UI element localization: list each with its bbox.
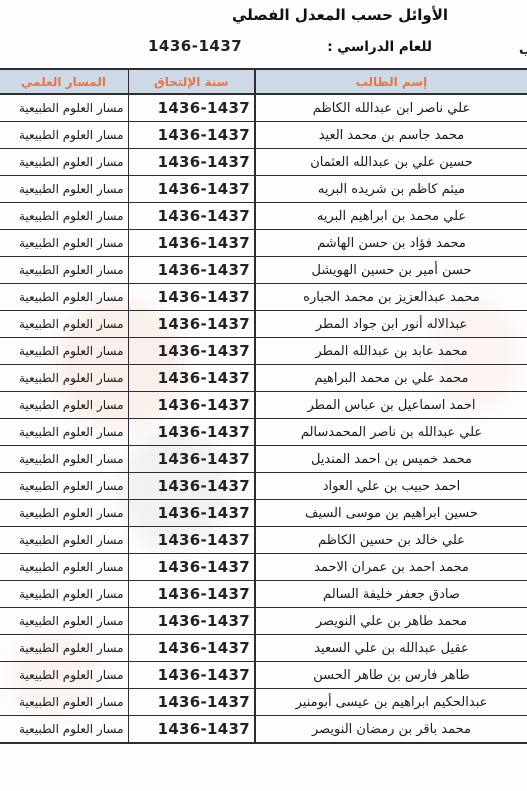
table-row: محمد احمد بن عمران الاحمد 1436-1437 مسار… [0, 554, 527, 581]
student-name-cell: علي عبدالله بن ناصر المحمدسالم [255, 419, 527, 446]
enrollment-year-cell: 1436-1437 [128, 311, 255, 338]
table-row: علي خالد بن حسين الكاظم 1436-1437 مسار ا… [0, 527, 527, 554]
track-cell: مسار العلوم الطبيعية [0, 257, 128, 284]
table-row: محمد خميس بن احمد المنديل 1436-1437 مسار… [0, 446, 527, 473]
enrollment-year-cell: 1436-1437 [128, 635, 255, 662]
track-cell: مسار العلوم الطبيعية [0, 473, 128, 500]
table-header-row: إسم الطالب سنة الإلتحاق المسار العلمي [0, 69, 527, 94]
student-name-cell: علي خالد بن حسين الكاظم [255, 527, 527, 554]
student-name-cell: طاهر فارس بن طاهر الحسن [255, 662, 527, 689]
track-cell: مسار العلوم الطبيعية [0, 662, 128, 689]
track-cell: مسار العلوم الطبيعية [0, 338, 128, 365]
track-cell: مسار العلوم الطبيعية [0, 689, 128, 716]
track-cell: مسار العلوم الطبيعية [0, 554, 128, 581]
enrollment-year-cell: 1436-1437 [128, 581, 255, 608]
track-cell: مسار العلوم الطبيعية [0, 230, 128, 257]
table-row: علي عبدالله بن ناصر المحمدسالم 1436-1437… [0, 419, 527, 446]
track-cell: مسار العلوم الطبيعية [0, 94, 128, 122]
enrollment-year-cell: 1436-1437 [128, 122, 255, 149]
enrollment-year-cell: 1436-1437 [128, 527, 255, 554]
enrollment-year-cell: 1436-1437 [128, 392, 255, 419]
track-cell: مسار العلوم الطبيعية [0, 419, 128, 446]
student-name-cell: محمد عابد بن عبدالله المطر [255, 338, 527, 365]
track-cell: مسار العلوم الطبيعية [0, 581, 128, 608]
table-row: طاهر فارس بن طاهر الحسن 1436-1437 مسار ا… [0, 662, 527, 689]
track-cell: مسار العلوم الطبيعية [0, 392, 128, 419]
report-page: الأوائل حسب المعدل الفصلي للعام الدراسي … [0, 0, 527, 791]
students-table: إسم الطالب سنة الإلتحاق المسار العلمي عل… [0, 68, 527, 744]
student-name-cell: محمد احمد بن عمران الاحمد [255, 554, 527, 581]
enrollment-year-cell: 1436-1437 [128, 230, 255, 257]
track-cell: مسار العلوم الطبيعية [0, 446, 128, 473]
column-header-student-name: إسم الطالب [255, 69, 527, 94]
track-cell: مسار العلوم الطبيعية [0, 500, 128, 527]
table-row: محمد باقر بن رمضان النويصر 1436-1437 مسا… [0, 716, 527, 744]
table-row: حسين ابراهيم بن موسى السيف 1436-1437 مسا… [0, 500, 527, 527]
academic-year-value: 1436-1437 [148, 37, 242, 55]
student-name-cell: محمد خميس بن احمد المنديل [255, 446, 527, 473]
enrollment-year-cell: 1436-1437 [128, 203, 255, 230]
track-cell: مسار العلوم الطبيعية [0, 527, 128, 554]
enrollment-year-cell: 1436-1437 [128, 419, 255, 446]
track-cell: مسار العلوم الطبيعية [0, 635, 128, 662]
track-cell: مسار العلوم الطبيعية [0, 203, 128, 230]
track-cell: مسار العلوم الطبيعية [0, 122, 128, 149]
table-row: محمد فؤاد بن حسن الهاشم 1436-1437 مسار ا… [0, 230, 527, 257]
column-header-enrollment-year: سنة الإلتحاق [128, 69, 255, 94]
students-table-body: علي ناصر ابن عبدالله الكاظم 1436-1437 مس… [0, 94, 527, 743]
enrollment-year-cell: 1436-1437 [128, 94, 255, 122]
academic-year-line: للعام الدراسي : 1436-1437 [148, 37, 432, 55]
enrollment-year-cell: 1436-1437 [128, 500, 255, 527]
table-row: محمد علي بن محمد البراهيم 1436-1437 مسار… [0, 365, 527, 392]
track-cell: مسار العلوم الطبيعية [0, 608, 128, 635]
table-row: احمد اسماعيل بن عباس المطر 1436-1437 مسا… [0, 392, 527, 419]
track-cell: مسار العلوم الطبيعية [0, 149, 128, 176]
table-row: عقيل عبدالله بن علي السعيد 1436-1437 مسا… [0, 635, 527, 662]
table-row: حسين علي بن عبدالله العثمان 1436-1437 مس… [0, 149, 527, 176]
student-name-cell: علي محمد بن ابراهيم البريه [255, 203, 527, 230]
student-name-cell: حسين ابراهيم بن موسى السيف [255, 500, 527, 527]
student-name-cell: صادق جعفر خليفة السالم [255, 581, 527, 608]
student-name-cell: عقيل عبدالله بن علي السعيد [255, 635, 527, 662]
enrollment-year-cell: 1436-1437 [128, 446, 255, 473]
table-row: عبدالاله أنور ابن جواد المطر 1436-1437 م… [0, 311, 527, 338]
table-row: ميثم كاظم بن شريده البريه 1436-1437 مسار… [0, 176, 527, 203]
column-header-science-track: المسار العلمي [0, 69, 128, 94]
table-row: علي محمد بن ابراهيم البريه 1436-1437 مسا… [0, 203, 527, 230]
table-row: علي ناصر ابن عبدالله الكاظم 1436-1437 مس… [0, 94, 527, 122]
student-name-cell: محمد باقر بن رمضان النويصر [255, 716, 527, 744]
enrollment-year-cell: 1436-1437 [128, 338, 255, 365]
table-row: احمد حبيب بن علي العواد 1436-1437 مسار ا… [0, 473, 527, 500]
track-cell: مسار العلوم الطبيعية [0, 311, 128, 338]
enrollment-year-cell: 1436-1437 [128, 149, 255, 176]
student-name-cell: حسن أمير بن حسين الهويشل [255, 257, 527, 284]
academic-year-label: للعام الدراسي : [327, 39, 432, 55]
student-name-cell: محمد فؤاد بن حسن الهاشم [255, 230, 527, 257]
student-name-cell: محمد علي بن محمد البراهيم [255, 365, 527, 392]
enrollment-year-cell: 1436-1437 [128, 365, 255, 392]
table-row: محمد عابد بن عبدالله المطر 1436-1437 مسا… [0, 338, 527, 365]
enrollment-year-cell: 1436-1437 [128, 608, 255, 635]
table-row: صادق جعفر خليفة السالم 1436-1437 مسار ال… [0, 581, 527, 608]
enrollment-year-cell: 1436-1437 [128, 689, 255, 716]
table-row: عبدالحكيم ابراهيم بن عيسى أبومنير 1436-1… [0, 689, 527, 716]
track-cell: مسار العلوم الطبيعية [0, 365, 128, 392]
enrollment-year-cell: 1436-1437 [128, 662, 255, 689]
track-cell: مسار العلوم الطبيعية [0, 284, 128, 311]
table-row: محمد عبدالعزيز بن محمد الحباره 1436-1437… [0, 284, 527, 311]
track-cell: مسار العلوم الطبيعية [0, 716, 128, 744]
student-name-cell: محمد عبدالعزيز بن محمد الحباره [255, 284, 527, 311]
student-name-cell: ميثم كاظم بن شريده البريه [255, 176, 527, 203]
student-name-cell: علي ناصر ابن عبدالله الكاظم [255, 94, 527, 122]
table-row: حسن أمير بن حسين الهويشل 1436-1437 مسار … [0, 257, 527, 284]
table-row: محمد جاسم بن محمد العيد 1436-1437 مسار ا… [0, 122, 527, 149]
student-name-cell: احمد حبيب بن علي العواد [255, 473, 527, 500]
enrollment-year-cell: 1436-1437 [128, 176, 255, 203]
enrollment-year-cell: 1436-1437 [128, 473, 255, 500]
enrollment-year-cell: 1436-1437 [128, 716, 255, 744]
student-name-cell: عبدالحكيم ابراهيم بن عيسى أبومنير [255, 689, 527, 716]
student-name-cell: احمد اسماعيل بن عباس المطر [255, 392, 527, 419]
student-name-cell: حسين علي بن عبدالله العثمان [255, 149, 527, 176]
enrollment-year-cell: 1436-1437 [128, 554, 255, 581]
enrollment-year-cell: 1436-1437 [128, 284, 255, 311]
student-name-cell: محمد جاسم بن محمد العيد [255, 122, 527, 149]
page-title: الأوائل حسب المعدل الفصلي [170, 6, 510, 24]
cropped-text-fragment: ب [519, 42, 527, 58]
student-name-cell: محمد طاهر بن علي النويصر [255, 608, 527, 635]
track-cell: مسار العلوم الطبيعية [0, 176, 128, 203]
enrollment-year-cell: 1436-1437 [128, 257, 255, 284]
table-row: محمد طاهر بن علي النويصر 1436-1437 مسار … [0, 608, 527, 635]
student-name-cell: عبدالاله أنور ابن جواد المطر [255, 311, 527, 338]
